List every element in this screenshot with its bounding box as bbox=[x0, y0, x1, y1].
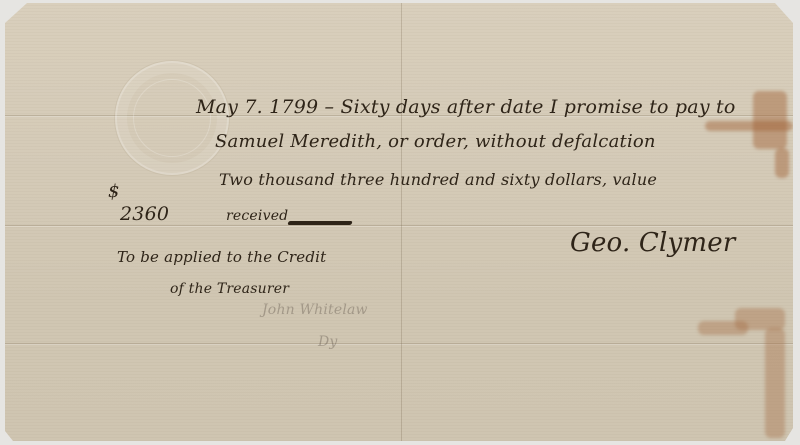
dollar-symbol: $ bbox=[108, 181, 120, 202]
stain-bottom-right bbox=[765, 328, 785, 438]
amount-figure: 2360 bbox=[120, 203, 169, 225]
margin-note-line-1: To be applied to the Credit bbox=[117, 248, 326, 266]
note-line-3: Two thousand three hundred and sixty dol… bbox=[219, 170, 657, 189]
stain-bottom-right bbox=[698, 321, 748, 335]
note-line-2: Samuel Meredith, or order, without defal… bbox=[215, 131, 656, 152]
signature: Geo. Clymer bbox=[570, 228, 735, 258]
faint-endorsement: John Whitelaw bbox=[262, 302, 368, 318]
note-line-4: received bbox=[226, 208, 288, 224]
faint-mark: Dy bbox=[318, 334, 338, 350]
stain-top-right bbox=[775, 148, 789, 178]
pen-flourish bbox=[287, 221, 352, 225]
fold-line bbox=[5, 343, 793, 344]
fold-line bbox=[5, 225, 793, 226]
stain-top-right bbox=[705, 121, 793, 131]
note-line-1: May 7. 1799 – Sixty days after date I pr… bbox=[196, 96, 735, 118]
fold-line-vertical bbox=[401, 3, 402, 441]
margin-note-line-2: of the Treasurer bbox=[170, 281, 289, 297]
embossed-seal-icon bbox=[115, 61, 229, 175]
stain-top-right bbox=[753, 91, 787, 149]
